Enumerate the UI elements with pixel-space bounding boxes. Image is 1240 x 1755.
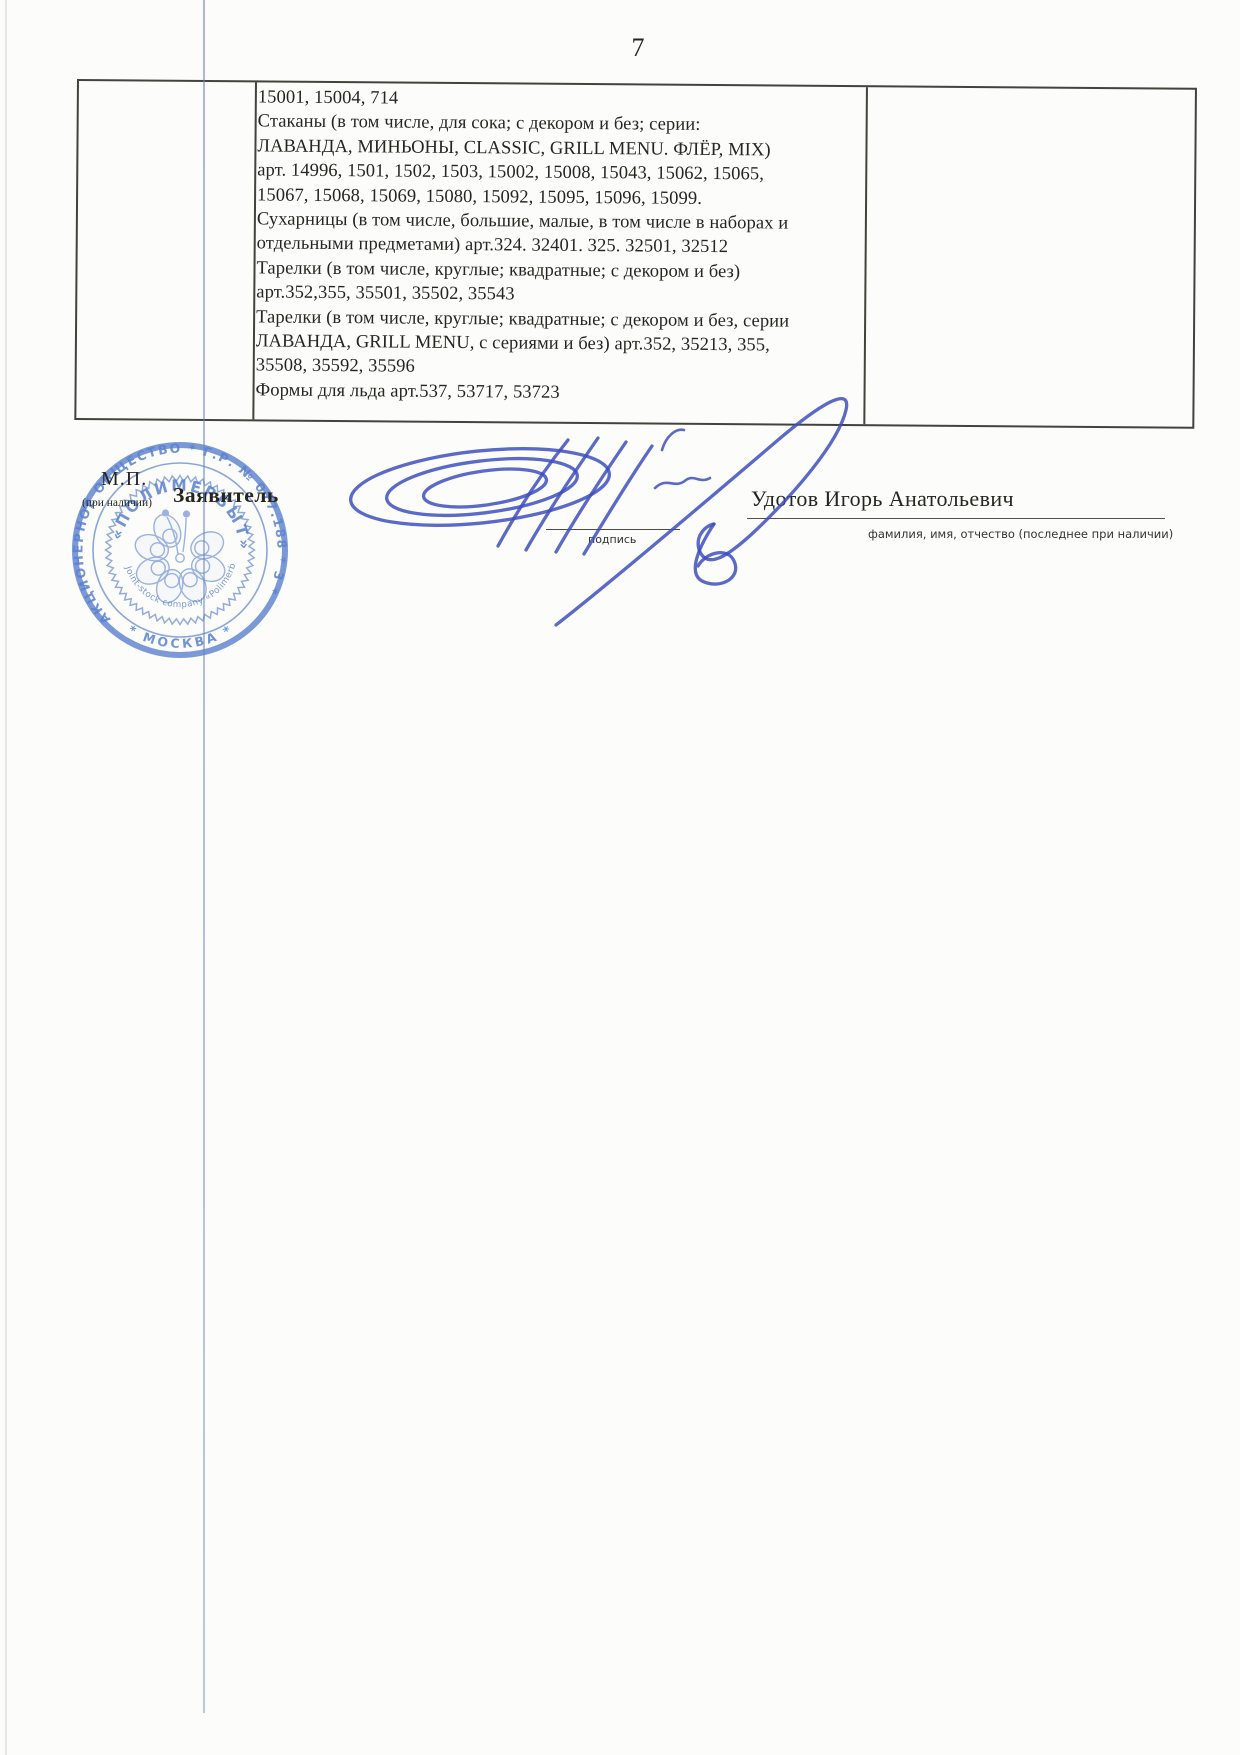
name-caption: фамилия, имя, отчество (последнее при на… [868, 527, 1173, 541]
scan-edge-line [5, 0, 7, 1755]
handwritten-signature [330, 378, 890, 668]
products-table: 15001, 15004, 714Стаканы (в том числе, д… [74, 79, 1197, 429]
signature-strokes [347, 399, 847, 625]
page-fold-line [203, 0, 205, 1713]
applicant-label: Заявитель [173, 483, 279, 508]
products-cell-text: 15001, 15004, 714Стаканы (в том числе, д… [255, 85, 861, 407]
table-column-divider-right [863, 87, 868, 424]
page-number: 7 [622, 33, 654, 63]
company-stamp-icon: АКЦИОНЕРНОЕ ОБЩЕСТВО * Г.Р. № 077.188 * … [64, 434, 296, 666]
scanned-document-page: { "page": { "number": "7" }, "table": { … [0, 0, 1240, 1755]
mp-label: М.П. [101, 468, 147, 491]
mp-note: (при наличии) [82, 497, 152, 509]
